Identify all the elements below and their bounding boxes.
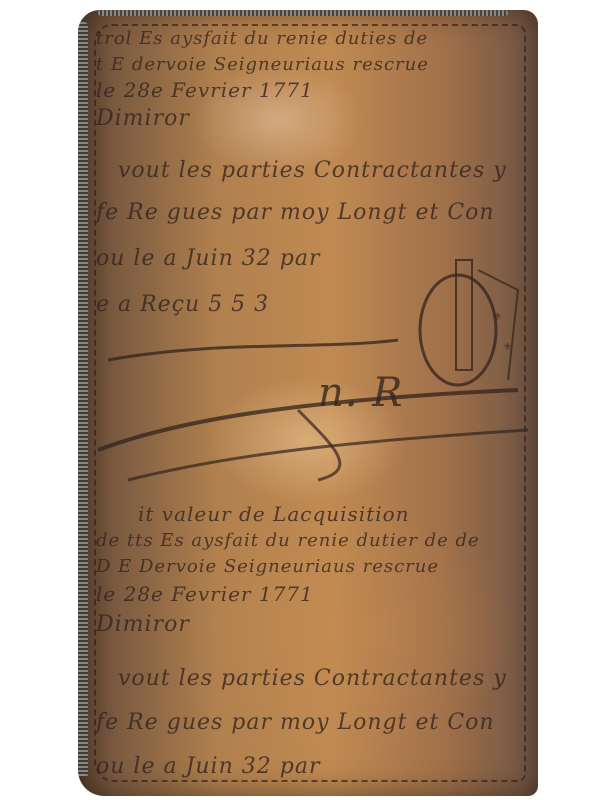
engraved-line: Dimiror (96, 106, 536, 131)
svg-text:⚜: ⚜ (493, 312, 502, 323)
engraved-line: ou le a Juin 32 par (96, 754, 536, 779)
crest-emblem: ⚜ ⚜ (408, 250, 528, 400)
zipper-side (78, 22, 88, 778)
leather-wallet: trol Es aysfait du renie duties de t E d… (78, 10, 538, 796)
engraved-line: t E dervoie Seigneuriaus rescrue (96, 54, 536, 75)
svg-text:⚜: ⚜ (503, 342, 512, 353)
engraved-line: Dimiror (96, 612, 536, 637)
engraved-line: de tts Es aysfait du renie dutier de de (96, 530, 536, 551)
engraved-line: le 28e Fevrier 1771 (96, 78, 536, 102)
engraved-line: vout les parties Contractantes y (118, 666, 538, 691)
engraved-line: fe Re gues par moy Longt et Con (96, 710, 536, 735)
engraved-line: it valeur de Lacquisition (138, 502, 538, 526)
engraved-line: vout les parties Contractantes y (118, 158, 538, 183)
engraved-line: le 28e Fevrier 1771 (96, 582, 536, 606)
engraved-line: trol Es aysfait du renie duties de (96, 28, 536, 49)
engraved-line: D E Dervoie Seigneuriaus rescrue (96, 556, 536, 577)
engraved-line: fe Re gues par moy Longt et Con (96, 200, 536, 225)
zipper-top (98, 10, 508, 16)
